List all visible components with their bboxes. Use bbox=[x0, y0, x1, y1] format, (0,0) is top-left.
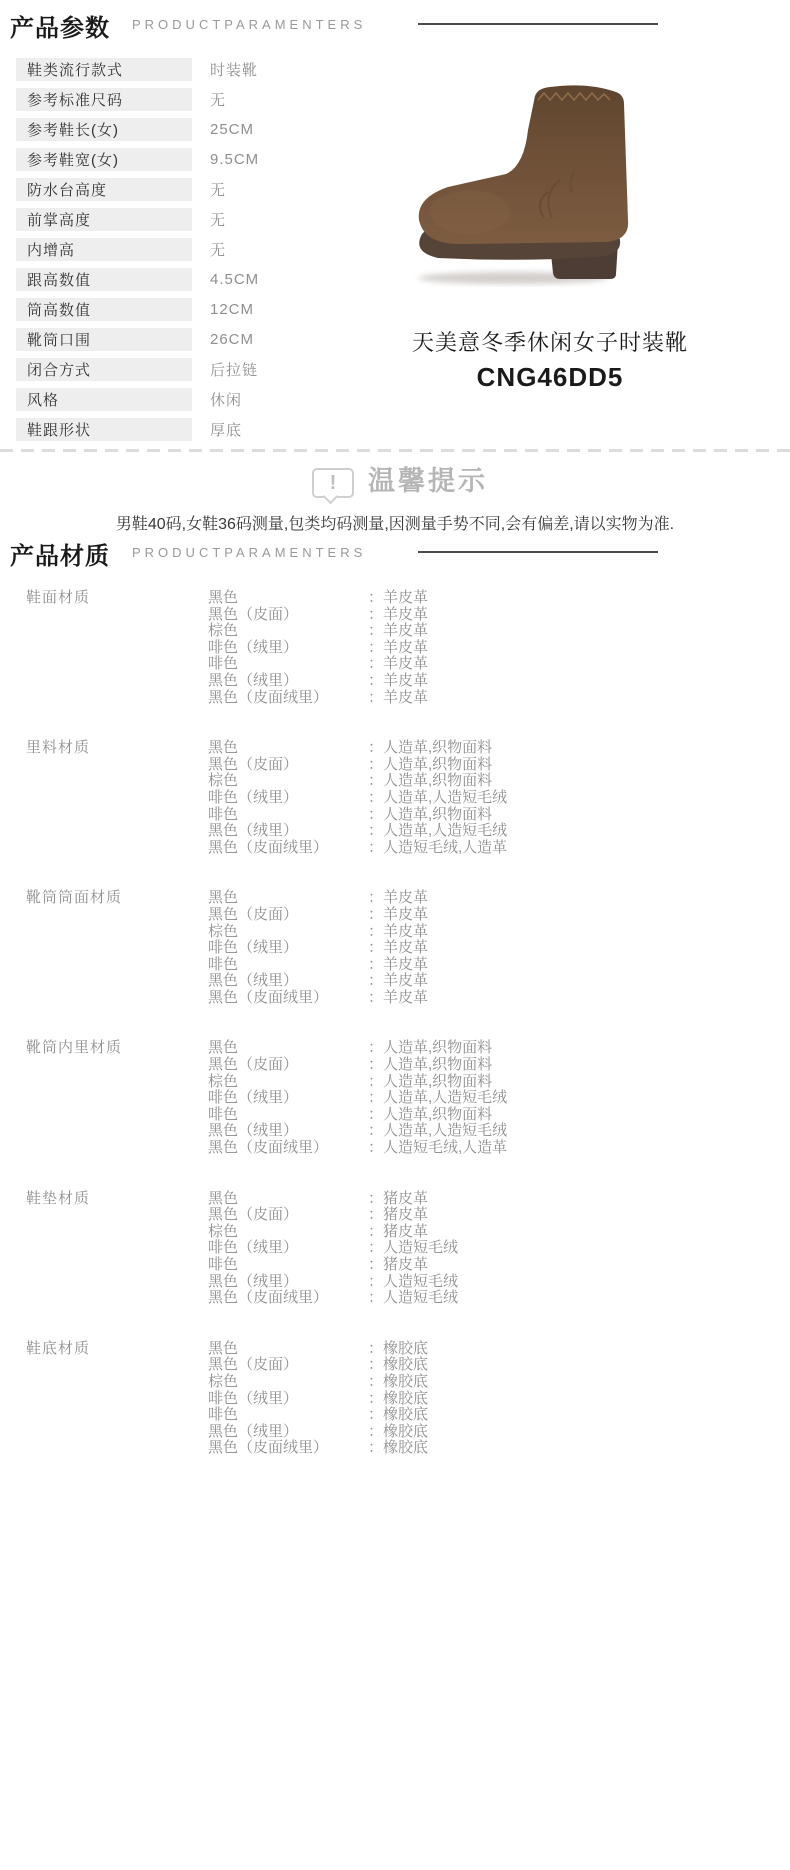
spec-label: 靴筒口围 bbox=[16, 328, 192, 351]
material-colon: ： bbox=[368, 1122, 383, 1139]
material-color-name: 黑色（绒里） bbox=[208, 823, 368, 840]
measurement-note: 男鞋40码,女鞋36码测量,包类均码测量,因测量手势不同,会有偏差,请以实物为准… bbox=[0, 511, 790, 534]
material-color-name: 啡色 bbox=[208, 1257, 368, 1274]
material-row: 黑色（绒里）：羊皮革 bbox=[208, 673, 428, 690]
material-value: 人造革,人造短毛绒 bbox=[383, 1089, 507, 1106]
material-value: 人造革,织物面料 bbox=[383, 772, 492, 789]
material-rows: 黑色：羊皮革 黑色（皮面）：羊皮革 棕色：羊皮革 啡色（绒里）：羊皮革 啡色：羊… bbox=[208, 590, 428, 706]
spec-value: 9.5CM bbox=[210, 151, 259, 168]
material-group-label: 靴筒内里材质 bbox=[26, 1040, 208, 1156]
material-color-name: 黑色（绒里） bbox=[208, 673, 368, 690]
material-colon: ： bbox=[368, 1073, 383, 1090]
material-color-name: 黑色（皮面） bbox=[208, 1207, 368, 1224]
material-value: 猪皮革 bbox=[383, 1223, 428, 1240]
spec-label: 筒高数值 bbox=[16, 298, 192, 321]
material-colon: ： bbox=[368, 923, 383, 940]
material-colon: ： bbox=[368, 639, 383, 656]
material-value: 橡胶底 bbox=[383, 1423, 428, 1440]
material-colon: ： bbox=[368, 622, 383, 639]
section-subtitle-materials: PRODUCTPARAMENTERS bbox=[132, 545, 366, 560]
material-row: 黑色（皮面绒里）：人造短毛绒,人造革 bbox=[208, 1140, 507, 1157]
spec-value: 休闲 bbox=[210, 389, 242, 410]
material-group: 里料材质 黑色：人造革,织物面料 黑色（皮面）：人造革,织物面料 棕色：人造革,… bbox=[26, 740, 766, 856]
material-colon: ： bbox=[368, 1356, 383, 1373]
material-value: 羊皮革 bbox=[383, 923, 428, 940]
material-row: 啡色：橡胶底 bbox=[208, 1407, 428, 1424]
material-value: 橡胶底 bbox=[383, 1406, 428, 1423]
material-colon: ： bbox=[368, 1273, 383, 1290]
header-rule bbox=[418, 23, 658, 25]
material-row: 黑色（皮面）：人造革,织物面料 bbox=[208, 757, 507, 774]
material-row: 啡色：人造革,织物面料 bbox=[208, 807, 507, 824]
spec-label: 防水台高度 bbox=[16, 178, 192, 201]
material-row: 啡色：猪皮革 bbox=[208, 1257, 458, 1274]
header-rule bbox=[418, 551, 658, 553]
spec-label: 参考标准尺码 bbox=[16, 88, 192, 111]
material-colon: ： bbox=[368, 739, 383, 756]
material-row: 黑色（绒里）：人造革,人造短毛绒 bbox=[208, 1123, 507, 1140]
material-color-name: 啡色（绒里） bbox=[208, 1090, 368, 1107]
material-color-name: 黑色 bbox=[208, 1191, 368, 1208]
notice-title: 温馨提示 bbox=[368, 459, 488, 498]
material-color-name: 黑色 bbox=[208, 1341, 368, 1358]
material-colon: ： bbox=[368, 672, 383, 689]
material-row: 黑色（皮面）：猪皮革 bbox=[208, 1207, 458, 1224]
material-colon: ： bbox=[368, 906, 383, 923]
material-value: 羊皮革 bbox=[383, 639, 428, 656]
material-colon: ： bbox=[368, 1089, 383, 1106]
material-color-name: 黑色 bbox=[208, 590, 368, 607]
material-color-name: 黑色 bbox=[208, 1040, 368, 1057]
material-colon: ： bbox=[368, 1406, 383, 1423]
material-value: 人造革,织物面料 bbox=[383, 806, 492, 823]
spec-label: 风格 bbox=[16, 388, 192, 411]
material-color-name: 黑色（皮面绒里） bbox=[208, 990, 368, 1007]
section-title-materials: 产品材质 bbox=[10, 536, 110, 571]
material-color-name: 啡色 bbox=[208, 656, 368, 673]
material-value: 猪皮革 bbox=[383, 1256, 428, 1273]
material-colon: ： bbox=[368, 1373, 383, 1390]
material-value: 人造革,人造短毛绒 bbox=[383, 822, 507, 839]
material-color-name: 黑色（皮面） bbox=[208, 607, 368, 624]
material-color-name: 啡色（绒里） bbox=[208, 1391, 368, 1408]
material-value: 人造革,织物面料 bbox=[383, 756, 492, 773]
material-value: 人造短毛绒,人造革 bbox=[383, 1139, 507, 1156]
material-row: 黑色（皮面）：羊皮革 bbox=[208, 907, 428, 924]
material-colon: ： bbox=[368, 956, 383, 973]
material-value: 橡胶底 bbox=[383, 1439, 428, 1456]
material-colon: ： bbox=[368, 772, 383, 789]
material-colon: ： bbox=[368, 655, 383, 672]
material-row: 啡色（绒里）：人造短毛绒 bbox=[208, 1240, 458, 1257]
material-row: 黑色（皮面绒里）：羊皮革 bbox=[208, 690, 428, 707]
material-color-name: 黑色 bbox=[208, 740, 368, 757]
product-code: CNG46DD5 bbox=[330, 362, 770, 393]
material-row: 啡色（绒里）：橡胶底 bbox=[208, 1391, 428, 1408]
material-color-name: 黑色（皮面） bbox=[208, 757, 368, 774]
material-color-name: 啡色 bbox=[208, 807, 368, 824]
material-value: 人造短毛绒 bbox=[383, 1289, 458, 1306]
material-value: 橡胶底 bbox=[383, 1373, 428, 1390]
spec-label: 跟高数值 bbox=[16, 268, 192, 291]
material-colon: ： bbox=[368, 1390, 383, 1407]
materials-list: 鞋面材质 黑色：羊皮革 黑色（皮面）：羊皮革 棕色：羊皮革 啡色（绒里）：羊皮革… bbox=[26, 590, 766, 1491]
material-colon: ： bbox=[368, 972, 383, 989]
material-row: 黑色（绒里）：羊皮革 bbox=[208, 973, 428, 990]
material-colon: ： bbox=[368, 1256, 383, 1273]
material-group-label: 鞋面材质 bbox=[26, 590, 208, 706]
material-color-name: 黑色（皮面绒里） bbox=[208, 1440, 368, 1457]
material-group-label: 鞋底材质 bbox=[26, 1341, 208, 1457]
material-color-name: 啡色（绒里） bbox=[208, 790, 368, 807]
material-color-name: 黑色（皮面） bbox=[208, 907, 368, 924]
material-value: 羊皮革 bbox=[383, 672, 428, 689]
material-row: 黑色：猪皮革 bbox=[208, 1191, 458, 1208]
section-subtitle-params: PRODUCTPARAMENTERS bbox=[132, 17, 366, 32]
section-header-params: 产品参数 PRODUCTPARAMENTERS bbox=[10, 8, 790, 40]
exclamation-bubble-icon: ! bbox=[312, 468, 354, 498]
material-value: 羊皮革 bbox=[383, 889, 428, 906]
material-color-name: 黑色（皮面） bbox=[208, 1357, 368, 1374]
material-row: 棕色：猪皮革 bbox=[208, 1224, 458, 1241]
material-colon: ： bbox=[368, 1056, 383, 1073]
material-value: 人造短毛绒 bbox=[383, 1273, 458, 1290]
material-color-name: 啡色（绒里） bbox=[208, 940, 368, 957]
material-colon: ： bbox=[368, 822, 383, 839]
material-color-name: 黑色（皮面） bbox=[208, 1057, 368, 1074]
material-colon: ： bbox=[368, 1289, 383, 1306]
spec-label: 闭合方式 bbox=[16, 358, 192, 381]
material-value: 人造革,织物面料 bbox=[383, 1073, 492, 1090]
material-row: 棕色：羊皮革 bbox=[208, 924, 428, 941]
material-color-name: 棕色 bbox=[208, 1374, 368, 1391]
material-color-name: 黑色（皮面绒里） bbox=[208, 1140, 368, 1157]
material-row: 黑色：羊皮革 bbox=[208, 890, 428, 907]
material-row: 黑色：人造革,织物面料 bbox=[208, 1040, 507, 1057]
material-color-name: 棕色 bbox=[208, 1074, 368, 1091]
material-value: 羊皮革 bbox=[383, 622, 428, 639]
material-colon: ： bbox=[368, 789, 383, 806]
material-value: 人造革,人造短毛绒 bbox=[383, 1122, 507, 1139]
spec-value: 12CM bbox=[210, 301, 254, 318]
spec-value: 26CM bbox=[210, 331, 254, 348]
material-group: 鞋垫材质 黑色：猪皮革 黑色（皮面）：猪皮革 棕色：猪皮革 啡色（绒里）：人造短… bbox=[26, 1191, 766, 1307]
material-colon: ： bbox=[368, 1039, 383, 1056]
material-color-name: 黑色 bbox=[208, 890, 368, 907]
boot-product-image bbox=[398, 72, 648, 287]
spec-value: 25CM bbox=[210, 121, 254, 138]
material-color-name: 黑色（皮面绒里） bbox=[208, 1290, 368, 1307]
material-group: 靴筒筒面材质 黑色：羊皮革 黑色（皮面）：羊皮革 棕色：羊皮革 啡色（绒里）：羊… bbox=[26, 890, 766, 1006]
spec-value: 无 bbox=[210, 239, 226, 260]
product-showcase: 天美意冬季休闲女子时装靴 CNG46DD5 bbox=[330, 60, 770, 410]
material-value: 人造革,人造短毛绒 bbox=[383, 789, 507, 806]
material-value: 猪皮革 bbox=[383, 1190, 428, 1207]
material-value: 橡胶底 bbox=[383, 1340, 428, 1357]
material-rows: 黑色：人造革,织物面料 黑色（皮面）：人造革,织物面料 棕色：人造革,织物面料 … bbox=[208, 740, 507, 856]
material-colon: ： bbox=[368, 889, 383, 906]
material-row: 棕色：人造革,织物面料 bbox=[208, 773, 507, 790]
material-row: 黑色（皮面绒里）：人造短毛绒,人造革 bbox=[208, 840, 507, 857]
material-group: 鞋面材质 黑色：羊皮革 黑色（皮面）：羊皮革 棕色：羊皮革 啡色（绒里）：羊皮革… bbox=[26, 590, 766, 706]
material-colon: ： bbox=[368, 939, 383, 956]
material-value: 人造革,织物面料 bbox=[383, 1106, 492, 1123]
material-colon: ： bbox=[368, 989, 383, 1006]
material-value: 羊皮革 bbox=[383, 972, 428, 989]
material-row: 黑色（皮面）：人造革,织物面料 bbox=[208, 1057, 507, 1074]
material-rows: 黑色：羊皮革 黑色（皮面）：羊皮革 棕色：羊皮革 啡色（绒里）：羊皮革 啡色：羊… bbox=[208, 890, 428, 1006]
spec-label: 鞋类流行款式 bbox=[16, 58, 192, 81]
material-group-label: 靴筒筒面材质 bbox=[26, 890, 208, 1006]
material-colon: ： bbox=[368, 1206, 383, 1223]
material-row: 黑色（皮面绒里）：人造短毛绒 bbox=[208, 1290, 458, 1307]
material-row: 啡色（绒里）：人造革,人造短毛绒 bbox=[208, 1090, 507, 1107]
material-colon: ： bbox=[368, 606, 383, 623]
material-rows: 黑色：人造革,织物面料 黑色（皮面）：人造革,织物面料 棕色：人造革,织物面料 … bbox=[208, 1040, 507, 1156]
material-color-name: 啡色 bbox=[208, 1107, 368, 1124]
material-colon: ： bbox=[368, 839, 383, 856]
material-colon: ： bbox=[368, 1190, 383, 1207]
material-row: 啡色（绒里）：羊皮革 bbox=[208, 640, 428, 657]
material-value: 人造革,织物面料 bbox=[383, 1039, 492, 1056]
material-color-name: 黑色（绒里） bbox=[208, 1123, 368, 1140]
spec-label: 参考鞋宽(女) bbox=[16, 148, 192, 171]
material-color-name: 啡色 bbox=[208, 1407, 368, 1424]
dashed-divider bbox=[0, 449, 790, 452]
material-row: 啡色（绒里）：羊皮革 bbox=[208, 940, 428, 957]
spec-label: 内增高 bbox=[16, 238, 192, 261]
material-value: 人造短毛绒 bbox=[383, 1239, 458, 1256]
material-color-name: 黑色（皮面绒里） bbox=[208, 840, 368, 857]
material-group: 靴筒内里材质 黑色：人造革,织物面料 黑色（皮面）：人造革,织物面料 棕色：人造… bbox=[26, 1040, 766, 1156]
material-color-name: 棕色 bbox=[208, 773, 368, 790]
material-row: 黑色：羊皮革 bbox=[208, 590, 428, 607]
material-color-name: 啡色（绒里） bbox=[208, 640, 368, 657]
product-name: 天美意冬季休闲女子时装靴 bbox=[330, 326, 770, 357]
material-value: 羊皮革 bbox=[383, 606, 428, 623]
spec-label: 前掌高度 bbox=[16, 208, 192, 231]
material-value: 橡胶底 bbox=[383, 1390, 428, 1407]
material-row: 黑色（皮面绒里）：羊皮革 bbox=[208, 990, 428, 1007]
material-colon: ： bbox=[368, 1423, 383, 1440]
material-value: 羊皮革 bbox=[383, 989, 428, 1006]
material-value: 人造革,织物面料 bbox=[383, 739, 492, 756]
section-title-params: 产品参数 bbox=[10, 8, 110, 43]
material-row: 啡色（绒里）：人造革,人造短毛绒 bbox=[208, 790, 507, 807]
material-color-name: 棕色 bbox=[208, 1224, 368, 1241]
material-row: 黑色（皮面）：羊皮革 bbox=[208, 607, 428, 624]
material-value: 猪皮革 bbox=[383, 1206, 428, 1223]
material-value: 羊皮革 bbox=[383, 906, 428, 923]
material-colon: ： bbox=[368, 1223, 383, 1240]
material-color-name: 黑色（绒里） bbox=[208, 1424, 368, 1441]
spec-label: 鞋跟形状 bbox=[16, 418, 192, 441]
material-value: 羊皮革 bbox=[383, 956, 428, 973]
material-row: 黑色：橡胶底 bbox=[208, 1341, 428, 1358]
spec-value: 厚底 bbox=[210, 419, 242, 440]
material-row: 棕色：橡胶底 bbox=[208, 1374, 428, 1391]
material-value: 羊皮革 bbox=[383, 655, 428, 672]
material-color-name: 啡色 bbox=[208, 957, 368, 974]
material-group-label: 里料材质 bbox=[26, 740, 208, 856]
material-colon: ： bbox=[368, 1106, 383, 1123]
material-color-name: 棕色 bbox=[208, 623, 368, 640]
material-row: 棕色：人造革,织物面料 bbox=[208, 1074, 507, 1091]
material-color-name: 棕色 bbox=[208, 924, 368, 941]
material-row: 黑色：人造革,织物面料 bbox=[208, 740, 507, 757]
material-value: 羊皮革 bbox=[383, 589, 428, 606]
product-detail-page: 产品参数 PRODUCTPARAMENTERS 鞋类流行款式 时装靴 参考标准尺… bbox=[0, 0, 790, 1870]
material-row: 黑色（皮面绒里）：橡胶底 bbox=[208, 1440, 428, 1457]
material-row: 啡色：羊皮革 bbox=[208, 957, 428, 974]
material-color-name: 黑色（绒里） bbox=[208, 1274, 368, 1291]
section-header-materials: 产品材质 PRODUCTPARAMENTERS bbox=[10, 536, 790, 568]
spec-value: 无 bbox=[210, 179, 226, 200]
material-row: 啡色：人造革,织物面料 bbox=[208, 1107, 507, 1124]
material-value: 橡胶底 bbox=[383, 1356, 428, 1373]
material-row: 啡色：羊皮革 bbox=[208, 656, 428, 673]
material-colon: ： bbox=[368, 1340, 383, 1357]
material-row: 黑色（绒里）：人造革,人造短毛绒 bbox=[208, 823, 507, 840]
spec-value: 无 bbox=[210, 89, 226, 110]
spec-value: 4.5CM bbox=[210, 271, 259, 288]
material-colon: ： bbox=[368, 1239, 383, 1256]
material-rows: 黑色：猪皮革 黑色（皮面）：猪皮革 棕色：猪皮革 啡色（绒里）：人造短毛绒 啡色… bbox=[208, 1191, 458, 1307]
material-group-label: 鞋垫材质 bbox=[26, 1191, 208, 1307]
spec-label: 参考鞋长(女) bbox=[16, 118, 192, 141]
material-rows: 黑色：橡胶底 黑色（皮面）：橡胶底 棕色：橡胶底 啡色（绒里）：橡胶底 啡色：橡… bbox=[208, 1341, 428, 1457]
spec-row: 鞋跟形状 厚底 bbox=[16, 418, 416, 441]
material-colon: ： bbox=[368, 756, 383, 773]
material-value: 人造革,织物面料 bbox=[383, 1056, 492, 1073]
material-value: 羊皮革 bbox=[383, 689, 428, 706]
spec-value: 后拉链 bbox=[210, 359, 258, 380]
material-colon: ： bbox=[368, 689, 383, 706]
material-row: 黑色（皮面）：橡胶底 bbox=[208, 1357, 428, 1374]
material-color-name: 黑色（皮面绒里） bbox=[208, 690, 368, 707]
material-colon: ： bbox=[368, 1139, 383, 1156]
material-color-name: 啡色（绒里） bbox=[208, 1240, 368, 1257]
material-row: 黑色（绒里）：橡胶底 bbox=[208, 1424, 428, 1441]
spec-value: 时装靴 bbox=[210, 59, 258, 80]
material-color-name: 黑色（绒里） bbox=[208, 973, 368, 990]
material-row: 黑色（绒里）：人造短毛绒 bbox=[208, 1274, 458, 1291]
material-group: 鞋底材质 黑色：橡胶底 黑色（皮面）：橡胶底 棕色：橡胶底 啡色（绒里）：橡胶底… bbox=[26, 1341, 766, 1457]
material-colon: ： bbox=[368, 1439, 383, 1456]
material-value: 人造短毛绒,人造革 bbox=[383, 839, 507, 856]
material-colon: ： bbox=[368, 806, 383, 823]
material-colon: ： bbox=[368, 589, 383, 606]
material-value: 羊皮革 bbox=[383, 939, 428, 956]
spec-value: 无 bbox=[210, 209, 226, 230]
material-row: 棕色：羊皮革 bbox=[208, 623, 428, 640]
exclamation-glyph: ! bbox=[330, 472, 337, 494]
